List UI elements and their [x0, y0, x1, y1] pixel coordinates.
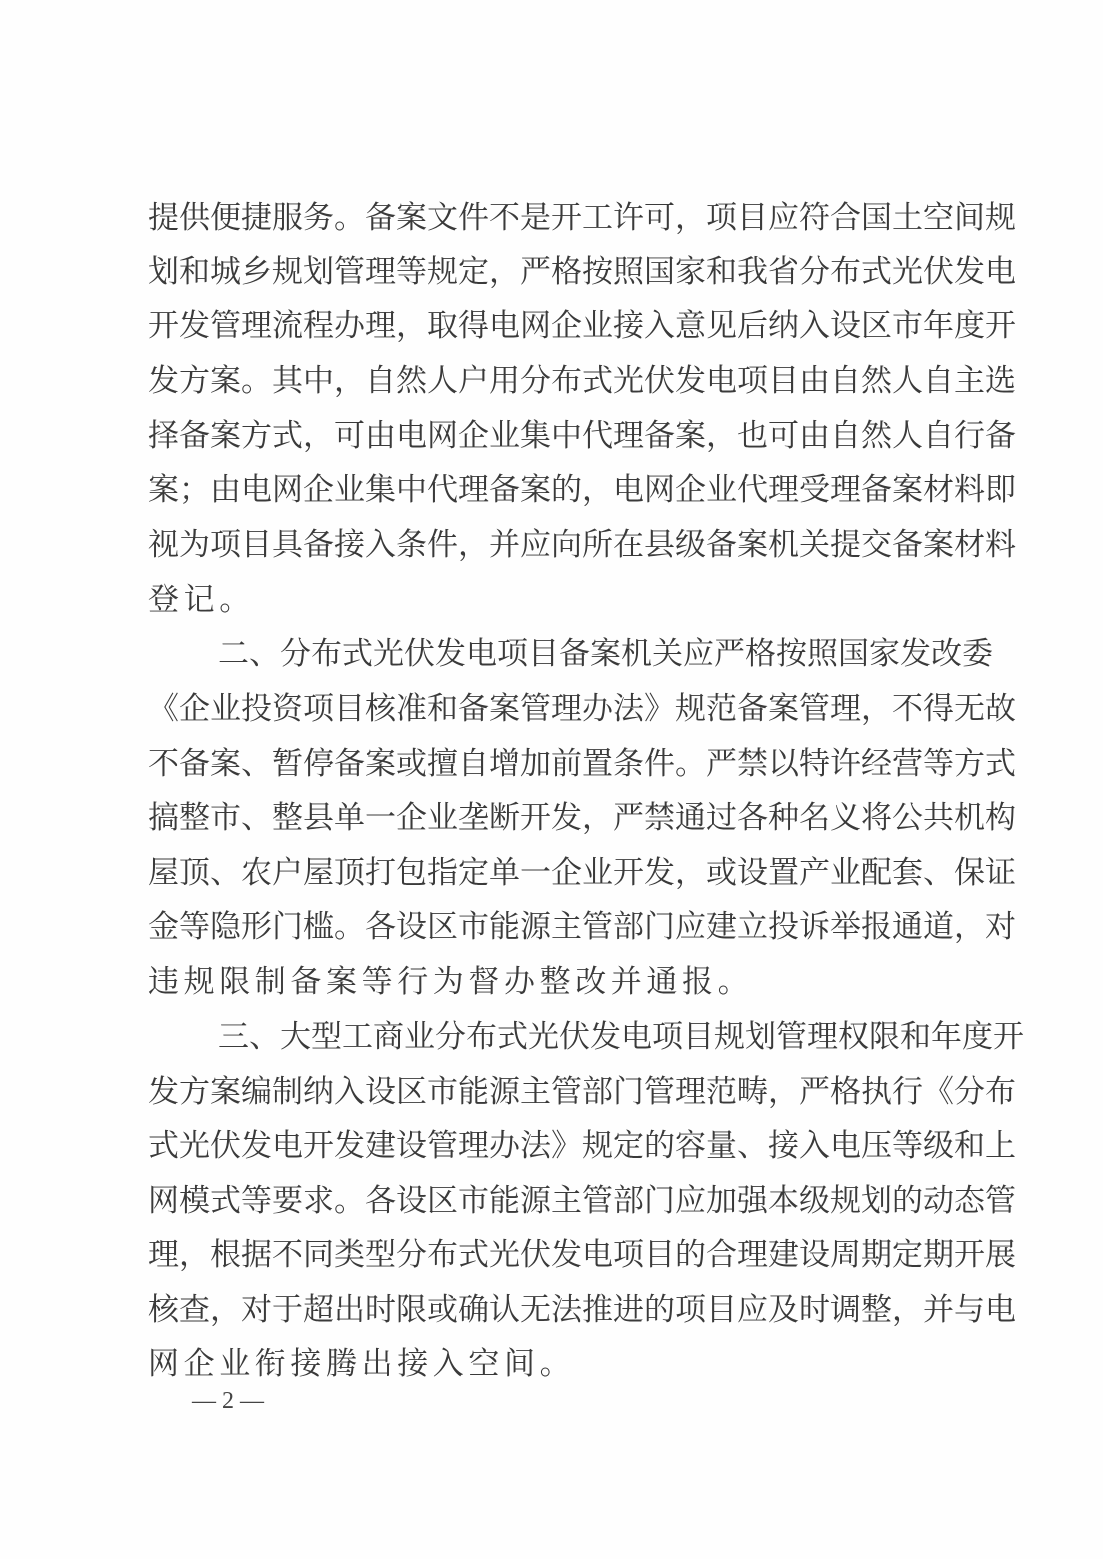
paragraph-2-line-5: 屋顶、农户屋顶打包指定单一企业开发，或设置产业配套、保证	[148, 853, 970, 893]
paragraph-2-line-6: 金等隐形门槛。各设区市能源主管部门应建立投诉举报通道，对	[148, 907, 970, 947]
paragraph-1-line-8: 登记。	[148, 580, 970, 620]
document-page: 提供便捷服务。备案文件不是开工许可，项目应符合国土空间规 划和城乡规划管理等规定…	[0, 0, 1103, 1559]
paragraph-2-line-4: 搞整市、整县单一企业垄断开发，严禁通过各种名义将公共机构	[148, 798, 970, 838]
paragraph-1-line-6: 案；由电网企业集中代理备案的，电网企业代理受理备案材料即	[148, 470, 970, 510]
paragraph-2-line-7: 违规限制备案等行为督办整改并通报。	[148, 962, 970, 1002]
paragraph-3-line-1: 三、大型工商业分布式光伏发电项目规划管理权限和年度开	[218, 1017, 970, 1057]
paragraph-3-line-6: 核查，对于超出时限或确认无法推进的项目应及时调整，并与电	[148, 1290, 970, 1330]
paragraph-3-line-2: 发方案编制纳入设区市能源主管部门管理范畴，严格执行《分布	[148, 1072, 970, 1112]
page-number: — 2 —	[192, 1384, 264, 1418]
paragraph-2-line-3: 不备案、暂停备案或擅自增加前置条件。严禁以特许经营等方式	[148, 744, 970, 784]
paragraph-1-line-3: 开发管理流程办理，取得电网企业接入意见后纳入设区市年度开	[148, 306, 970, 346]
paragraph-1-line-7: 视为项目具备接入条件，并应向所在县级备案机关提交备案材料	[148, 525, 970, 565]
paragraph-3-line-7: 网企业衔接腾出接入空间。	[148, 1344, 970, 1384]
paragraph-3-line-4: 网模式等要求。各设区市能源主管部门应加强本级规划的动态管	[148, 1181, 970, 1221]
paragraph-1-line-5: 择备案方式，可由电网企业集中代理备案，也可由自然人自行备	[148, 416, 970, 456]
paragraph-1-line-2: 划和城乡规划管理等规定，严格按照国家和我省分布式光伏发电	[148, 252, 970, 292]
paragraph-1-line-4: 发方案。其中，自然人户用分布式光伏发电项目由自然人自主选	[148, 361, 970, 401]
paragraph-3-line-5: 理，根据不同类型分布式光伏发电项目的合理建设周期定期开展	[148, 1235, 970, 1275]
paragraph-2-line-2: 《企业投资项目核准和备案管理办法》规范备案管理，不得无故	[148, 689, 970, 729]
paragraph-3-line-3: 式光伏发电开发建设管理办法》规定的容量、接入电压等级和上	[148, 1126, 970, 1166]
paragraph-2-line-1: 二、分布式光伏发电项目备案机关应严格按照国家发改委	[218, 634, 970, 674]
paragraph-1-line-1: 提供便捷服务。备案文件不是开工许可，项目应符合国土空间规	[148, 198, 970, 238]
